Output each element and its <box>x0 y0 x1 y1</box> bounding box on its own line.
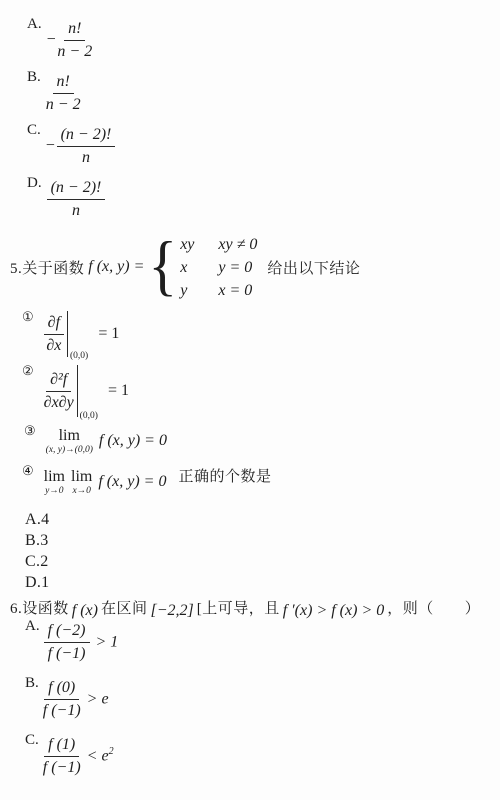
q5-answer-a: A.4 <box>25 509 500 530</box>
option-label: C. <box>25 732 39 749</box>
option-label: C. <box>27 122 41 139</box>
case-value: xy <box>180 234 194 255</box>
iterated-limit-formula: lim y→0 lim x→0 f (x, y) = 0 <box>44 468 167 496</box>
relation-rhs: < e2 <box>87 746 114 765</box>
fraction-numerator: f (0) <box>44 678 79 700</box>
exam-page: A. − n! n − 2 B. n! n − 2 C. − (n − 2)! … <box>0 0 500 780</box>
limit-formula: lim (x, y)→(0,0) f (x, y) = 0 <box>46 427 167 455</box>
exponent: 2 <box>109 746 114 757</box>
q6-math-fx: f (x) <box>72 602 98 620</box>
question-6-stem: 6.设函数 f (x) 在区间 [−2,2] [上可导，且 f ′(x) > f… <box>10 597 500 618</box>
fraction: (n − 2)! n <box>47 178 106 221</box>
fraction-numerator: ∂f <box>44 313 64 335</box>
fraction: f (1) f (−1) <box>43 735 81 778</box>
relation-rhs: > 1 <box>96 632 119 651</box>
case-condition: y = 0 <box>218 257 257 278</box>
q5-answer-c: C.2 <box>25 551 500 572</box>
fraction: n! n − 2 <box>57 19 92 62</box>
fraction-numerator: f (−2) <box>44 621 90 643</box>
second-partial-derivative-formula: ∂²f ∂x∂y (0,0) = 1 <box>44 365 129 417</box>
limit-word: lim <box>59 427 80 445</box>
limit-subscript: y→0 <box>45 487 63 497</box>
q5-answer-d: D.1 <box>25 572 500 593</box>
case-value: y <box>180 280 194 301</box>
minus-sign: − <box>46 31 57 49</box>
q6-text-3: [上可导，且 <box>197 597 280 618</box>
evaluation-point: (0,0) <box>70 351 88 361</box>
fraction-numerator: n! <box>64 19 85 41</box>
q5-stem-prefix: 5.关于函数 <box>10 257 84 278</box>
case-condition: x = 0 <box>218 280 257 301</box>
fraction-numerator: (n − 2)! <box>47 178 106 200</box>
fraction: ∂f ∂x <box>44 313 64 356</box>
fraction-denominator: n − 2 <box>46 94 81 115</box>
q5-item-3: ③ lim (x, y)→(0,0) f (x, y) = 0 <box>24 423 500 459</box>
option-label: A. <box>27 16 42 33</box>
q5-answer-list: A.4 B.3 C.2 D.1 <box>25 509 500 593</box>
q5-function-lhs: f (x, y) = <box>88 258 144 276</box>
fraction: f (−2) f (−1) <box>44 621 90 664</box>
relation-text: > e <box>87 691 109 708</box>
fraction-denominator: n <box>82 147 90 168</box>
fraction-numerator: n! <box>53 72 74 94</box>
prev-option-b: B. n! n − 2 <box>27 69 500 117</box>
limit-subscript: (x, y)→(0,0) <box>46 446 93 456</box>
piecewise-brace: { <box>148 231 177 298</box>
fraction-denominator: ∂x <box>46 335 61 356</box>
partial-derivative-formula: ∂f ∂x (0,0) = 1 <box>44 311 120 357</box>
formula-rhs: = 1 <box>98 325 119 343</box>
q6-text-2: 在区间 <box>101 597 148 618</box>
limit-word: lim <box>71 468 92 486</box>
option-label: B. <box>25 675 39 692</box>
fraction: n! n − 2 <box>46 72 81 115</box>
formula-rhs: = 1 <box>108 382 129 400</box>
evaluation-bar: (0,0) <box>77 365 78 417</box>
evaluation-point: (0,0) <box>80 411 98 421</box>
q5-answer-b: B.3 <box>25 530 500 551</box>
fraction: ∂²f ∂x∂y <box>44 370 74 413</box>
minus-sign: − <box>45 137 56 155</box>
option-label: B. <box>27 69 41 86</box>
fraction-numerator: (n − 2)! <box>57 125 116 147</box>
limit-subscript: x→0 <box>72 487 90 497</box>
relation-text: > 1 <box>96 634 119 651</box>
limit-stack: lim y→0 <box>44 468 65 496</box>
case-value: x <box>180 257 194 278</box>
limit-stack: lim (x, y)→(0,0) <box>46 427 93 455</box>
prev-option-a: A. − n! n − 2 <box>27 16 500 64</box>
fraction-numerator: f (1) <box>44 735 79 757</box>
circled-4-marker: ④ <box>22 463 34 479</box>
q6-text-1: 6.设函数 <box>10 597 69 618</box>
fraction-denominator: f (−1) <box>43 700 81 721</box>
limit-word: lim <box>44 468 65 486</box>
formula-rhs: f (x, y) = 0 <box>98 473 166 491</box>
q6-text-4: ，则（ ） <box>387 597 480 618</box>
fraction-denominator: n <box>72 200 80 221</box>
option-label: D. <box>27 175 42 192</box>
limit-stack: lim x→0 <box>71 468 92 496</box>
fraction-denominator: n − 2 <box>57 41 92 62</box>
q5-item-2: ② ∂²f ∂x∂y (0,0) = 1 <box>22 363 500 419</box>
q6-option-b: B. f (0) f (−1) > e <box>25 675 500 723</box>
q5-item-4: ④ lim y→0 lim x→0 f (x, y) = 0 正确的个数是 <box>22 463 500 501</box>
relation-text: < e <box>87 748 109 765</box>
fraction-denominator: ∂x∂y <box>44 392 74 413</box>
circled-2-marker: ② <box>22 363 34 379</box>
circled-1-marker: ① <box>22 309 34 325</box>
piecewise-cases: xy xy ≠ 0 x y = 0 y x = 0 <box>180 234 257 301</box>
evaluation-bar: (0,0) <box>67 311 68 357</box>
formula-rhs: f (x, y) = 0 <box>99 432 167 450</box>
q6-option-c: C. f (1) f (−1) < e2 <box>25 732 500 780</box>
q6-interval: [−2,2] <box>150 602 193 620</box>
relation-rhs: > e <box>87 689 109 708</box>
fraction: f (0) f (−1) <box>43 678 81 721</box>
fraction-numerator: ∂²f <box>46 370 71 392</box>
fraction-denominator: f (−1) <box>43 757 81 778</box>
q6-option-a: A. f (−2) f (−1) > 1 <box>25 618 500 666</box>
option-label: A. <box>25 618 40 635</box>
q5-stem-suffix: 给出以下结论 <box>267 257 360 278</box>
circled-3-marker: ③ <box>24 423 36 439</box>
prev-option-c: C. − (n − 2)! n <box>27 122 500 170</box>
question-5-stem: 5.关于函数 f (x, y) = { xy xy ≠ 0 x y = 0 y … <box>10 231 500 303</box>
q5-question-text: 正确的个数是 <box>178 465 271 486</box>
q6-inequality: f ′(x) > f (x) > 0 <box>283 602 385 620</box>
prev-option-d: D. (n − 2)! n <box>27 175 500 223</box>
fraction-denominator: f (−1) <box>48 643 86 664</box>
q5-item-1: ① ∂f ∂x (0,0) = 1 <box>22 309 500 359</box>
case-condition: xy ≠ 0 <box>218 234 257 255</box>
fraction: (n − 2)! n <box>57 125 116 168</box>
